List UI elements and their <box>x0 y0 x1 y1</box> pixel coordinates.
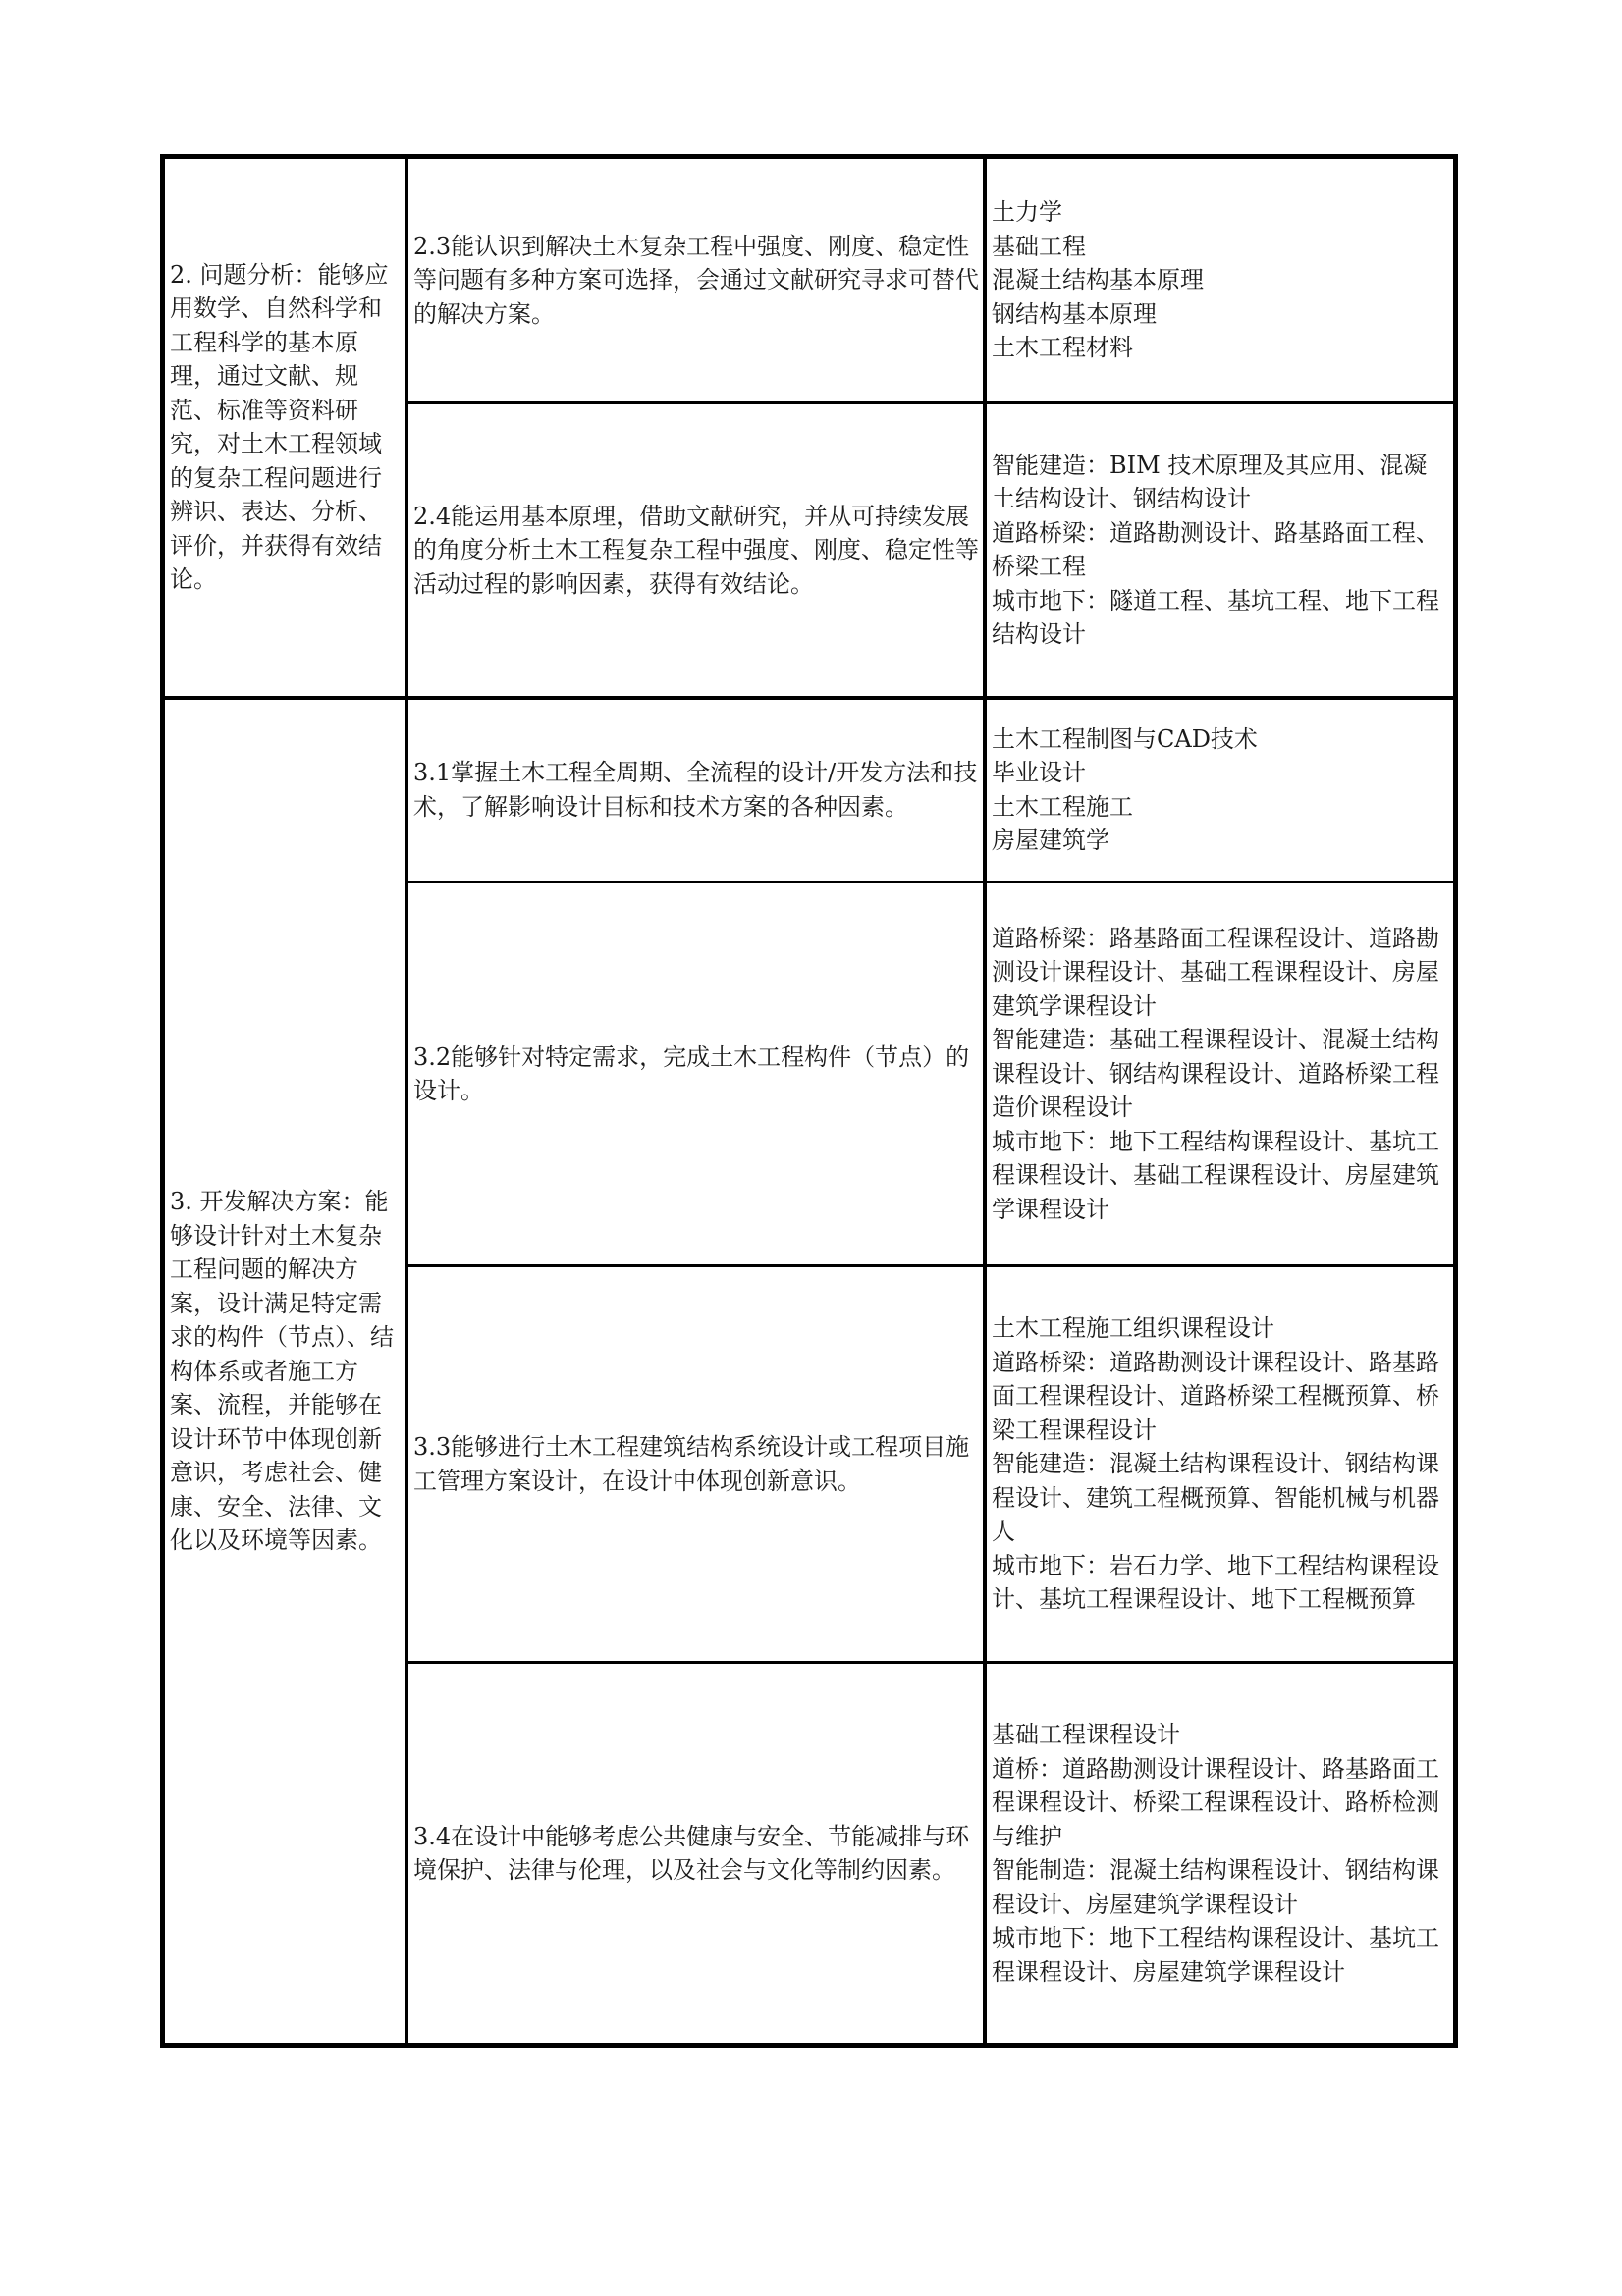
indicator-text: 3.2能够针对特定需求，完成土木工程构件（节点）的设计。 <box>413 1043 969 1105</box>
requirement-text: 2. 问题分析：能够应用数学、自然科学和工程科学的基本原理，通过文献、规范、标准… <box>170 261 389 594</box>
course-line: 城市地下：隧道工程、基坑工程、地下工程结构设计 <box>992 584 1449 652</box>
indicator-text: 2.3能认识到解决土木复杂工程中强度、刚度、稳定性等问题有多种方案可选择，会通过… <box>413 233 979 328</box>
indicator-text: 3.4在设计中能够考虑公共健康与安全、节能减排与环境保护、法律与伦理，以及社会与… <box>413 1823 969 1885</box>
indicator-text: 3.3能够进行土木工程建筑结构系统设计或工程项目施工管理方案设计，在设计中体现创… <box>413 1433 969 1495</box>
indicator-text: 3.1掌握土木工程全周期、全流程的设计/开发方法和技术，了解影响设计目标和技术方… <box>413 759 977 821</box>
graduation-requirement-cell: 2. 问题分析：能够应用数学、自然科学和工程科学的基本原理，通过文献、规范、标准… <box>163 157 407 698</box>
requirements-course-matrix-table: 2. 问题分析：能够应用数学、自然科学和工程科学的基本原理，通过文献、规范、标准… <box>160 154 1458 2048</box>
course-line: 道路桥梁：道路勘测设计、路基路面工程、桥梁工程 <box>992 516 1449 584</box>
course-line: 土木工程施工 <box>992 790 1449 825</box>
indicator-cell: 3.3能够进行土木工程建筑结构系统设计或工程项目施工管理方案设计，在设计中体现创… <box>407 1266 986 1663</box>
course-line: 基础工程 <box>992 230 1449 264</box>
graduation-requirement-cell: 3. 开发解决方案：能够设计针对土木复杂工程问题的解决方案，设计满足特定需求的构… <box>163 698 407 2046</box>
course-cell: 基础工程课程设计 道桥：道路勘测设计课程设计、路基路面工程课程设计、桥梁工程课程… <box>985 1663 1456 2046</box>
course-cell: 智能建造：BIM 技术原理及其应用、混凝土结构设计、钢结构设计 道路桥梁：道路勘… <box>985 403 1456 698</box>
course-line: 土木工程制图与CAD技术 <box>992 722 1449 757</box>
table-row: 2. 问题分析：能够应用数学、自然科学和工程科学的基本原理，通过文献、规范、标准… <box>163 157 1456 403</box>
requirement-text: 3. 开发解决方案：能够设计针对土木复杂工程问题的解决方案，设计满足特定需求的构… <box>170 1188 394 1554</box>
table-row: 3. 开发解决方案：能够设计针对土木复杂工程问题的解决方案，设计满足特定需求的构… <box>163 698 1456 882</box>
course-line: 土木工程施工组织课程设计 <box>992 1311 1449 1346</box>
course-line: 智能建造：基础工程课程设计、混凝土结构课程设计、钢结构课程设计、道路桥梁工程造价… <box>992 1023 1449 1125</box>
course-line: 基础工程课程设计 <box>992 1718 1449 1752</box>
course-line: 土木工程材料 <box>992 331 1449 365</box>
course-cell: 土力学 基础工程 混凝土结构基本原理 钢结构基本原理 土木工程材料 <box>985 157 1456 403</box>
indicator-cell: 2.4能运用基本原理，借助文献研究，并从可持续发展的角度分析土木工程复杂工程中强… <box>407 403 986 698</box>
course-line: 钢结构基本原理 <box>992 297 1449 332</box>
course-line: 土力学 <box>992 195 1449 230</box>
course-cell: 土木工程施工组织课程设计 道路桥梁：道路勘测设计课程设计、路基路面工程课程设计、… <box>985 1266 1456 1663</box>
course-line: 城市地下：地下工程结构课程设计、基坑工程课程设计、基础工程课程设计、房屋建筑学课… <box>992 1125 1449 1227</box>
course-line: 智能建造：混凝土结构课程设计、钢结构课程设计、建筑工程概预算、智能机械与机器人 <box>992 1447 1449 1549</box>
indicator-cell: 3.4在设计中能够考虑公共健康与安全、节能减排与环境保护、法律与伦理，以及社会与… <box>407 1663 986 2046</box>
indicator-cell: 3.1掌握土木工程全周期、全流程的设计/开发方法和技术，了解影响设计目标和技术方… <box>407 698 986 882</box>
course-line: 城市地下：地下工程结构课程设计、基坑工程课程设计、房屋建筑学课程设计 <box>992 1921 1449 1989</box>
course-cell: 道路桥梁：路基路面工程课程设计、道路勘测设计课程设计、基础工程课程设计、房屋建筑… <box>985 882 1456 1266</box>
course-line: 智能制造：混凝土结构课程设计、钢结构课程设计、房屋建筑学课程设计 <box>992 1853 1449 1921</box>
course-line: 道路桥梁：路基路面工程课程设计、道路勘测设计课程设计、基础工程课程设计、房屋建筑… <box>992 922 1449 1024</box>
course-line: 毕业设计 <box>992 756 1449 790</box>
indicator-cell: 3.2能够针对特定需求，完成土木工程构件（节点）的设计。 <box>407 882 986 1266</box>
course-line: 智能建造：BIM 技术原理及其应用、混凝土结构设计、钢结构设计 <box>992 449 1449 516</box>
course-line: 混凝土结构基本原理 <box>992 263 1449 297</box>
course-line: 房屋建筑学 <box>992 824 1449 858</box>
course-cell: 土木工程制图与CAD技术 毕业设计 土木工程施工 房屋建筑学 <box>985 698 1456 882</box>
course-line: 道桥：道路勘测设计课程设计、路基路面工程课程设计、桥梁工程课程设计、路桥检测与维… <box>992 1752 1449 1854</box>
course-line: 城市地下：岩石力学、地下工程结构课程设计、基坑工程课程设计、地下工程概预算 <box>992 1549 1449 1617</box>
indicator-cell: 2.3能认识到解决土木复杂工程中强度、刚度、稳定性等问题有多种方案可选择，会通过… <box>407 157 986 403</box>
course-line: 道路桥梁：道路勘测设计课程设计、路基路面工程课程设计、道路桥梁工程概预算、桥梁工… <box>992 1346 1449 1448</box>
indicator-text: 2.4能运用基本原理，借助文献研究，并从可持续发展的角度分析土木工程复杂工程中强… <box>413 503 979 598</box>
